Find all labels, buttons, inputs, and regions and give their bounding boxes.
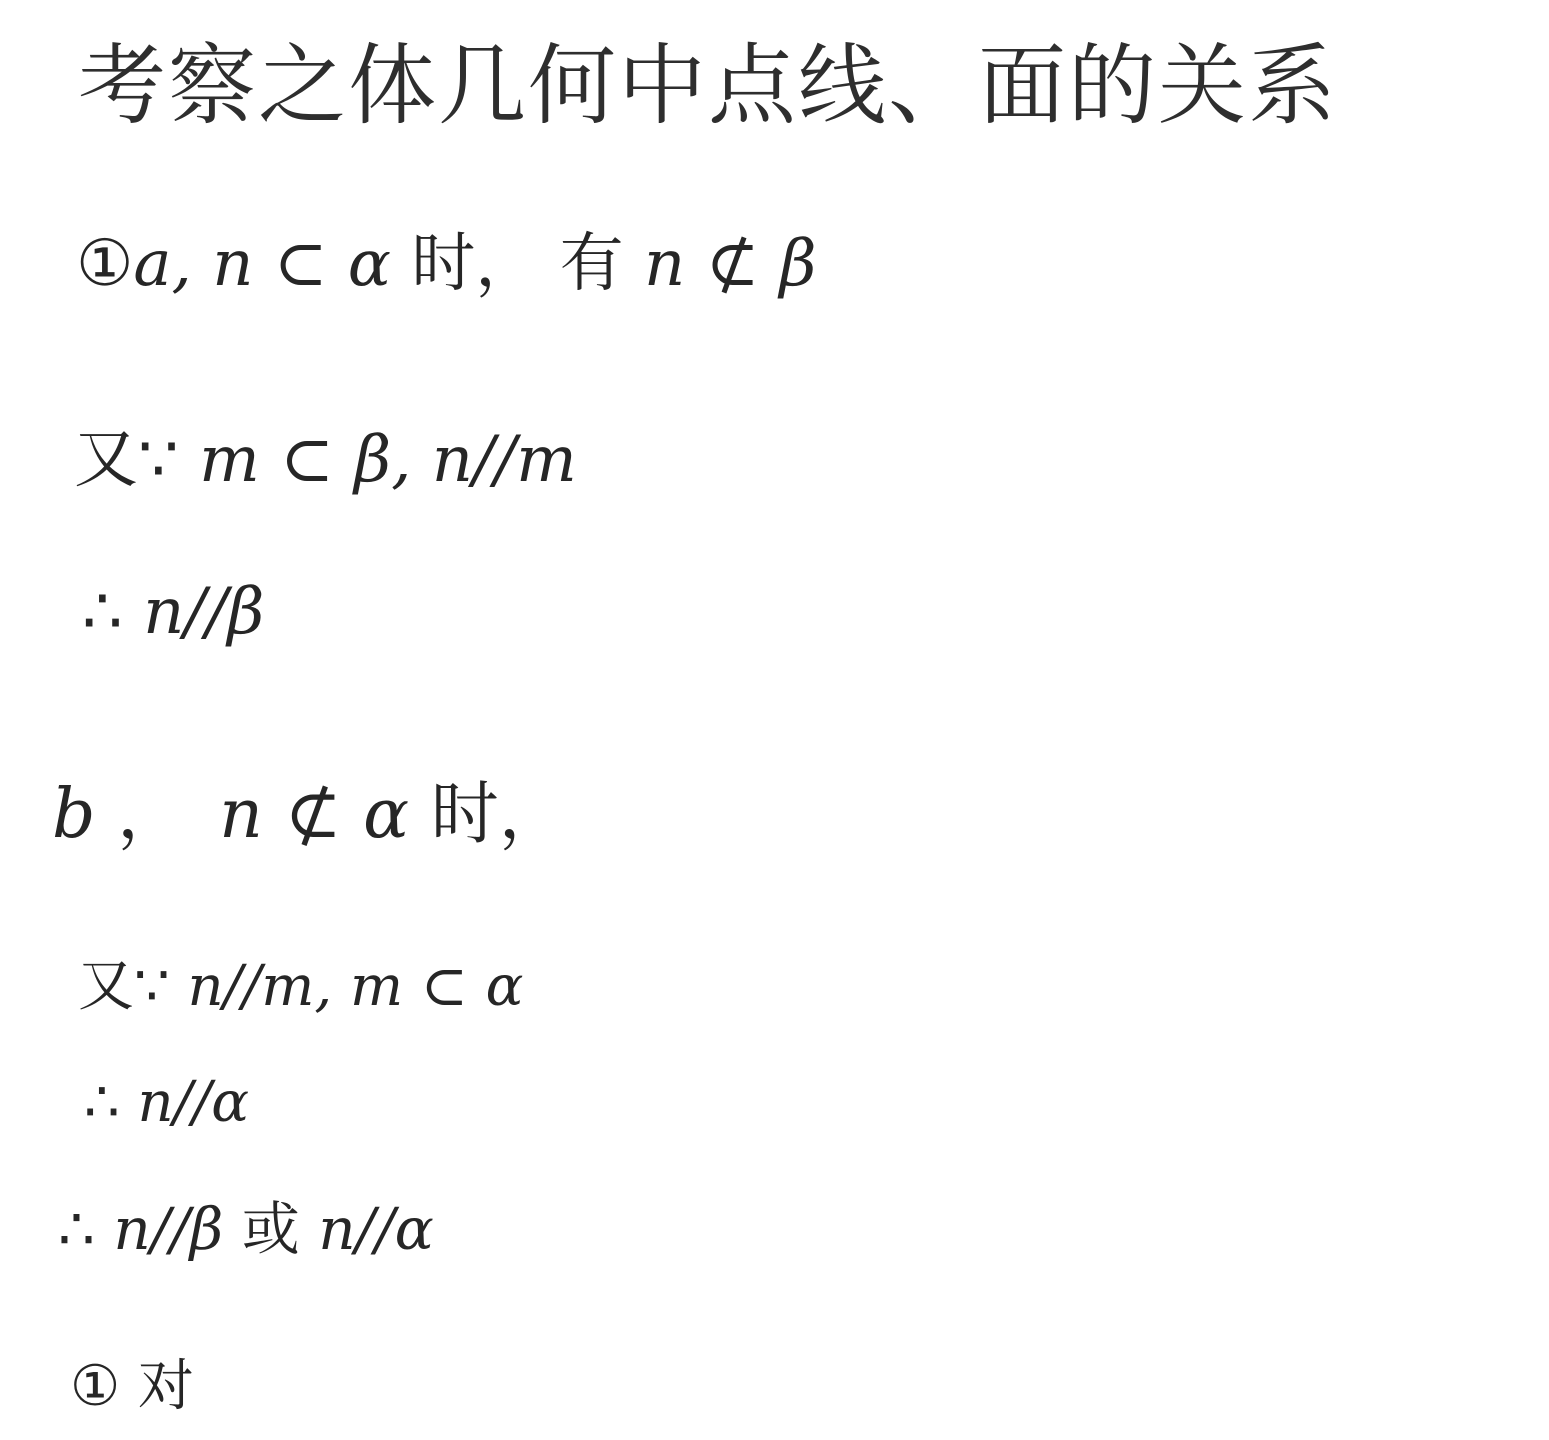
- formula-segment-math: β, n//m: [354, 423, 577, 497]
- formula-segment-cjk: 对: [138, 1354, 194, 1419]
- formula-segment-sym: ⊂: [403, 954, 486, 1019]
- formula-segment-sym: ①: [70, 1354, 138, 1419]
- formula-segment-cjk: 时，: [409, 775, 567, 854]
- formula-line-combined-conclusion: ∴ n//β 或 n//α: [58, 1182, 434, 1266]
- formula-segment-cjk: ，: [96, 775, 220, 854]
- formula-segment-sym: ⊄: [685, 227, 779, 301]
- formula-segment-math: α: [486, 954, 524, 1019]
- formula-segment-cjk: 时， 有: [391, 227, 644, 301]
- formula-segment-math: α: [363, 775, 409, 854]
- formula-segment-math: n//α: [137, 1070, 249, 1135]
- formula-segment-math: n: [644, 227, 685, 301]
- formula-line-final-answer: ① 对: [70, 1342, 194, 1422]
- page-title: 考察之体几何中点线、面的关系: [78, 16, 1338, 142]
- formula-segment-cjk: 或: [223, 1195, 318, 1263]
- formula-segment-math: n: [219, 775, 263, 854]
- formula-segment-math: α: [348, 227, 391, 301]
- formula-segment-sym: ⊂: [253, 227, 347, 301]
- formula-segment-math: b: [52, 775, 96, 854]
- formula-segment-sym: ①: [76, 227, 133, 301]
- formula-segment-math: n//m, m: [187, 954, 403, 1019]
- formula-segment-math: β: [780, 227, 817, 301]
- formula-segment-sym: ∵: [138, 423, 199, 497]
- formula-segment-math: n//α: [318, 1195, 434, 1263]
- formula-segment-math: n//β: [113, 1195, 223, 1263]
- formula-segment-cjk: 又: [78, 954, 134, 1019]
- formula-segment-sym: ⊂: [260, 423, 354, 497]
- formula-segment-sym: ∴: [82, 575, 143, 649]
- formula-line-case-a-conclusion: ∴ n//β: [82, 575, 264, 649]
- formula-line-case-a-condition: ①a, n ⊂ α 时， 有 n ⊄ β: [76, 212, 817, 304]
- formula-segment-sym: ∴: [84, 1070, 137, 1135]
- formula-segment-math: m: [199, 423, 260, 497]
- formula-segment-cjk: 又: [74, 423, 138, 497]
- formula-segment-sym: ∵: [134, 954, 187, 1019]
- formula-segment-sym: ⊄: [263, 775, 363, 854]
- formula-segment-math: a, n: [133, 227, 253, 301]
- formula-segment-sym: ∴: [58, 1195, 113, 1263]
- formula-line-case-a-premise: 又∵ m ⊂ β, n//m: [74, 408, 577, 500]
- document-page: 考察之体几何中点线、面的关系 ①a, n ⊂ α 时， 有 n ⊄ β 又∵ m…: [0, 0, 1549, 1440]
- formula-line-case-b-condition: b ， n ⊄ α 时，: [52, 760, 567, 857]
- formula-line-case-b-conclusion: ∴ n//α: [84, 1070, 249, 1135]
- formula-line-case-b-premise: 又∵ n//m, m ⊂ α: [78, 942, 523, 1022]
- formula-segment-math: n//β: [143, 575, 264, 649]
